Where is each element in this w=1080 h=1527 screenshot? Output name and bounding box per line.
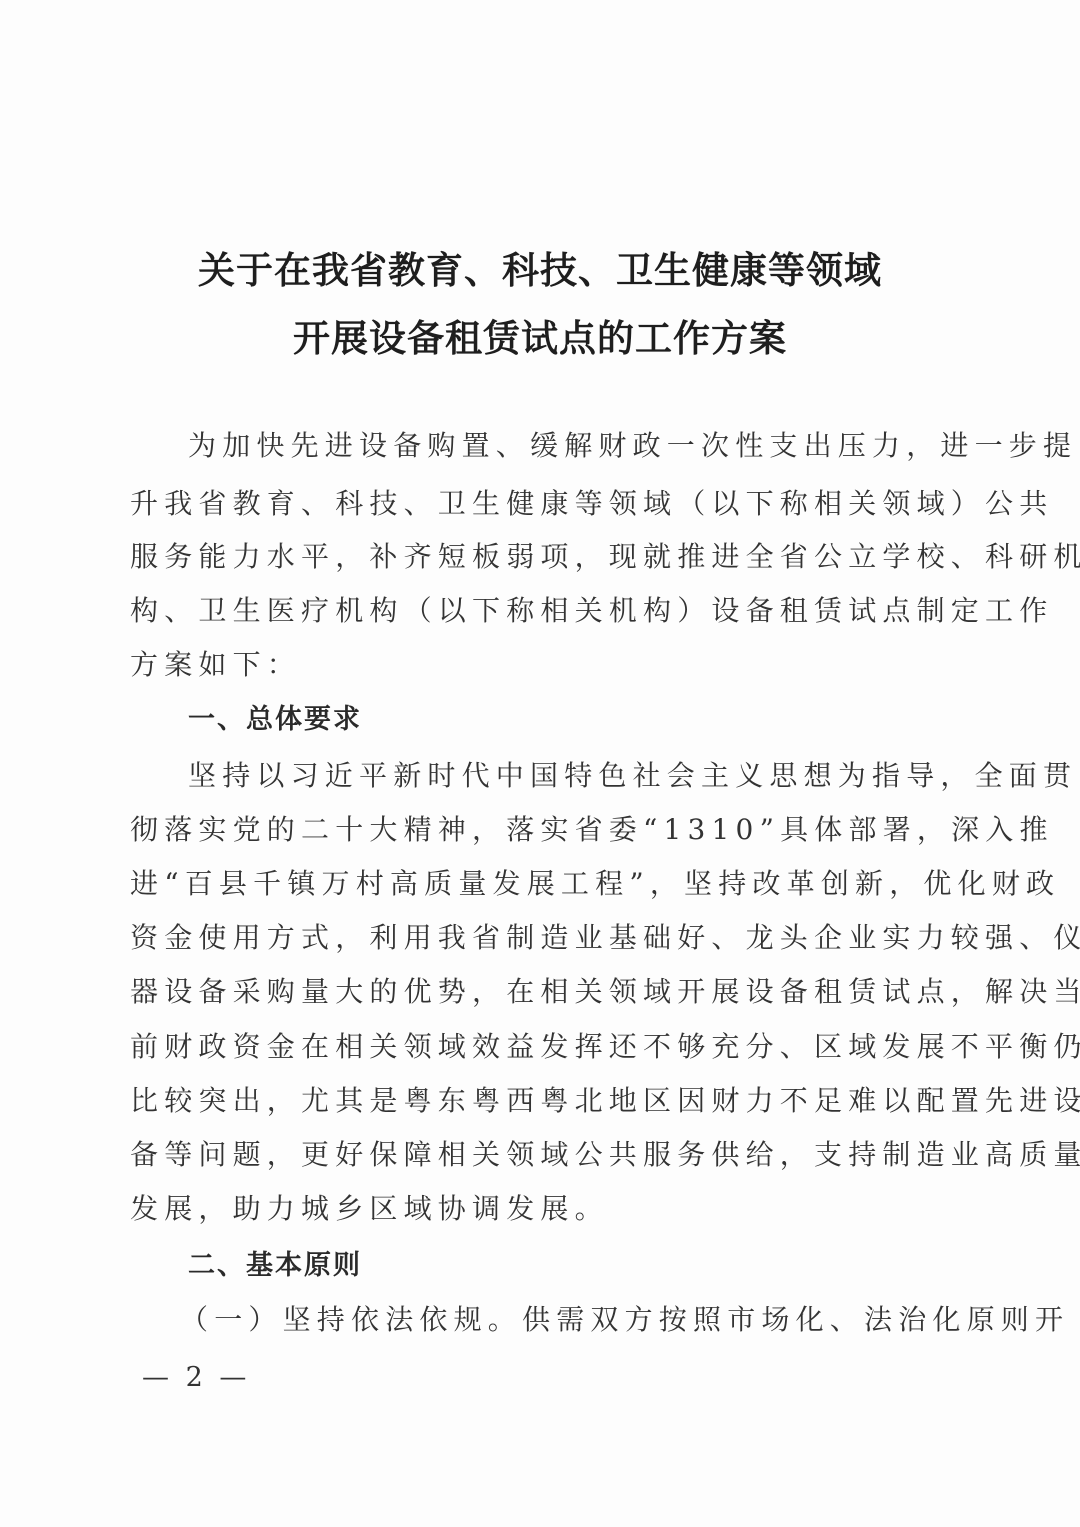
section1-line-4: 资金使用方式，利用我省制造业基础好、龙头企业实力较强、仪 <box>130 918 930 958</box>
section-heading-1: 一、总体要求 <box>188 700 362 740</box>
document-page: 关于在我省教育、科技、卫生健康等领域 开展设备租赁试点的工作方案 为加快先进设备… <box>0 0 1080 1527</box>
intro-line-3: 服务能力水平，补齐短板弱项，现就推进全省公立学校、科研机 <box>130 537 930 577</box>
document-title-line-1: 关于在我省教育、科技、卫生健康等领域 <box>0 240 1080 294</box>
section1-line-3: 进“百县千镇万村高质量发展工程”，坚持改革创新，优化财政 <box>130 864 930 904</box>
intro-line-1: 为加快先进设备购置、缓解财政一次性支出压力，进一步提 <box>188 426 988 466</box>
section2-line-1: （一）坚持依法依规。供需双方按照市场化、法治化原则开 <box>180 1300 980 1340</box>
intro-line-2: 升我省教育、科技、卫生健康等领域（以下称相关领域）公共 <box>130 484 930 524</box>
intro-line-4: 构、卫生医疗机构（以下称相关机构）设备租赁试点制定工作 <box>130 591 930 631</box>
section1-line-2: 彻落实党的二十大精神，落实省委“1310”具体部署，深入推 <box>130 810 930 850</box>
section1-line-1: 坚持以习近平新时代中国特色社会主义思想为指导，全面贯 <box>188 756 988 796</box>
section1-line-6: 前财政资金在相关领域效益发挥还不够充分、区域发展不平衡仍 <box>130 1027 930 1067</box>
section1-line-7: 比较突出，尤其是粤东粤西粤北地区因财力不足难以配置先进设 <box>130 1081 930 1121</box>
section1-line-8: 备等问题，更好保障相关领域公共服务供给，支持制造业高质量 <box>130 1135 930 1175</box>
section1-line-9: 发展，助力城乡区域协调发展。 <box>130 1189 930 1229</box>
section1-line-5: 器设备采购量大的优势，在相关领域开展设备租赁试点，解决当 <box>130 972 930 1012</box>
section-heading-2: 二、基本原则 <box>188 1246 362 1286</box>
document-title-line-2: 开展设备租赁试点的工作方案 <box>0 308 1080 362</box>
page-number: — 2 — <box>142 1362 250 1393</box>
intro-line-5: 方案如下： <box>130 645 930 685</box>
